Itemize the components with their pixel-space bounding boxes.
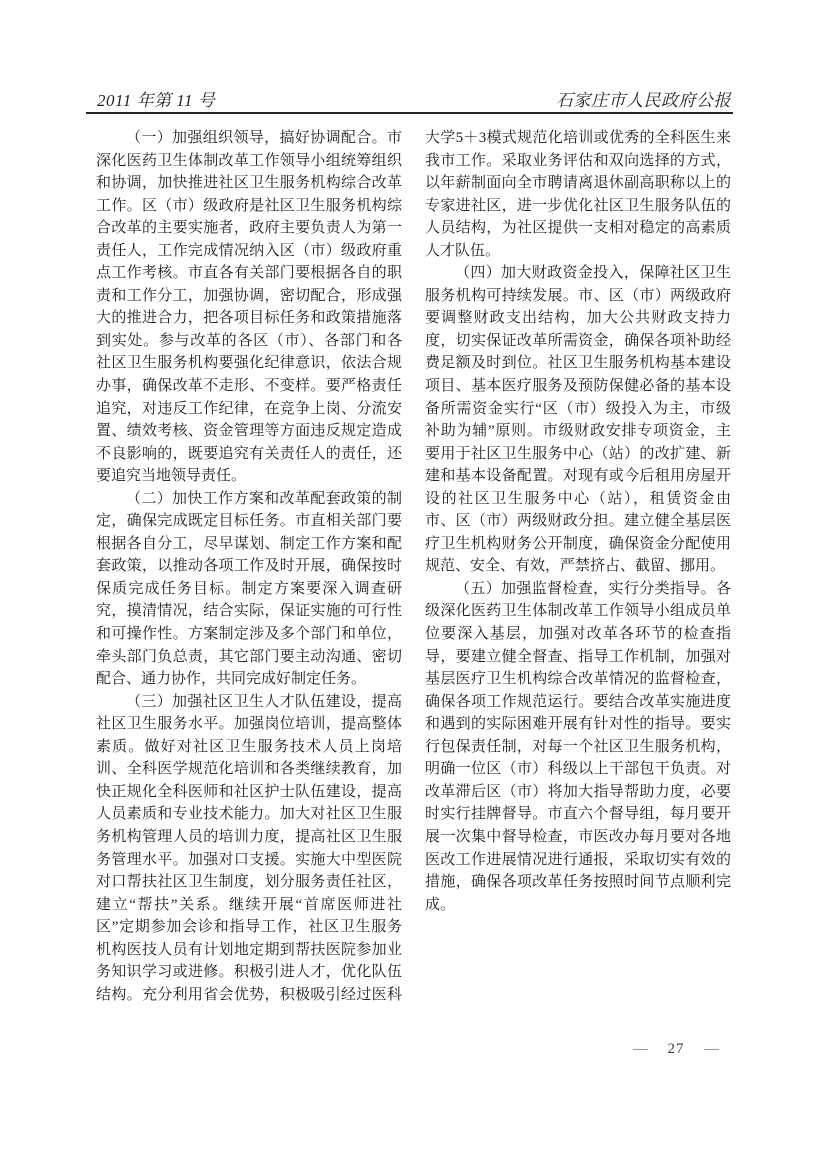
paragraph-2: （二）加快工作方案和改革配套政策的制定，确保完成既定目标任务。市直相关部门要根据… xyxy=(96,488,402,691)
header-rule xyxy=(86,112,733,114)
paragraph-1: （一）加强组织领导，搞好协调配合。市深化医药卫生体制改革工作领导小组统筹组织和协… xyxy=(96,127,402,488)
footer-dash-left: — xyxy=(633,1041,648,1058)
gazette-page: 2011 年第 11 号 石家庄市人民政府公报 （一）加强组织领导，搞好协调配合… xyxy=(0,0,826,1169)
issue-number: 2011 年第 11 号 xyxy=(97,86,215,111)
paragraph-4: （四）加大财政资金投入，保障社区卫生服务机构可持续发展。市、区（市）两级政府要调… xyxy=(425,262,731,578)
gazette-title: 石家庄市人民政府公报 xyxy=(556,86,731,111)
page-number: 27 xyxy=(668,1041,685,1058)
page-footer: — 27 — xyxy=(633,1041,719,1058)
page-header: 2011 年第 11 号 石家庄市人民政府公报 xyxy=(97,86,731,111)
paragraph-5: （五）加强监督检查，实行分类指导。各级深化医药卫生体制改革工作领导小组成员单位要… xyxy=(425,578,731,916)
article-body: （一）加强组织领导，搞好协调配合。市深化医药卫生体制改革工作领导小组统筹组织和协… xyxy=(96,127,731,1009)
footer-dash-right: — xyxy=(704,1041,719,1058)
